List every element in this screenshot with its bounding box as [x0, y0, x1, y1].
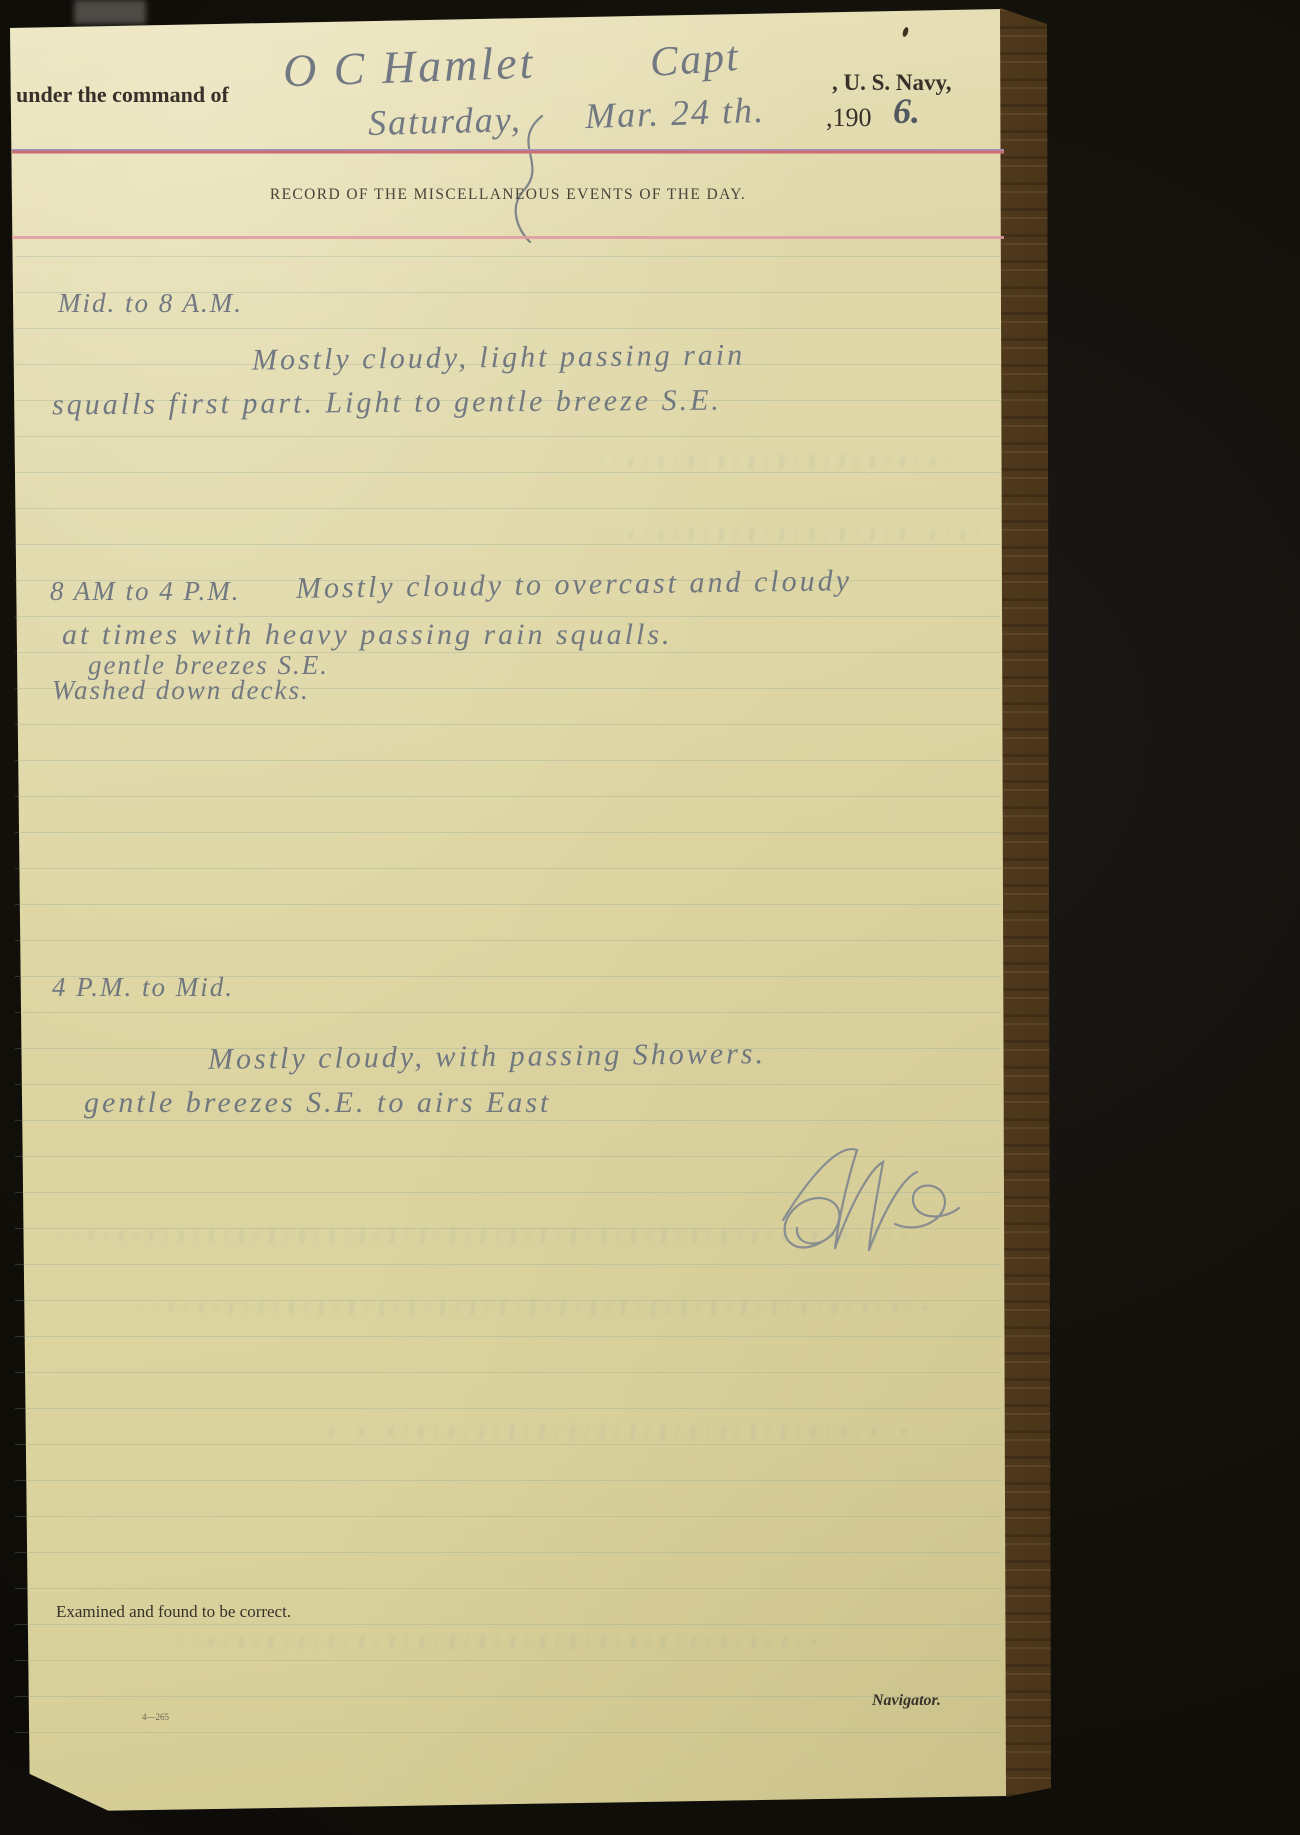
- navy-suffix-label: , U. S. Navy,: [832, 70, 952, 96]
- entry-1-line-1: Mostly cloudy, light passing rain: [252, 338, 746, 377]
- form-number: 4—265: [142, 1712, 169, 1722]
- signature-monogram: [755, 1138, 965, 1273]
- year-digit-handwritten: 6.: [893, 90, 920, 132]
- commander-rank: Capt: [648, 33, 741, 87]
- bleedthrough-smudge: [60, 1228, 910, 1244]
- entry-1-line-2: squalls first part. Light to gentle bree…: [52, 384, 722, 423]
- entry-1-heading: Mid. to 8 A.M.: [58, 288, 243, 319]
- command-label: under the command of: [16, 82, 229, 108]
- navigator-label: Navigator.: [872, 1692, 941, 1710]
- bleedthrough-smudge: [180, 1635, 830, 1649]
- bleedthrough-smudge: [600, 455, 950, 469]
- entry-3-heading: 4 P.M. to Mid.: [52, 972, 234, 1003]
- handwriting-flourish: [490, 112, 560, 247]
- entry-3-line-2: gentle breezes S.E. to airs East: [84, 1086, 551, 1120]
- section-title: RECORD OF THE MISCELLANEOUS EVENTS OF TH…: [12, 186, 1004, 204]
- header-pink-rule: [12, 236, 1004, 239]
- entry-2-line-2: at times with heavy passing rain squalls…: [62, 618, 673, 652]
- bleedthrough-smudge: [140, 1300, 940, 1316]
- year-printed-prefix: ,190: [826, 103, 872, 133]
- entry-3-line-1: Mostly cloudy, with passing Showers.: [208, 1037, 766, 1077]
- entry-2-line-4: Washed down decks.: [52, 675, 310, 706]
- ruled-lines: [15, 256, 1001, 1768]
- background-wall-patch: [74, 0, 146, 24]
- bleedthrough-smudge: [300, 1425, 920, 1439]
- logbook-scan: under the command of O C Hamlet Capt , U…: [0, 0, 1300, 1835]
- examined-note: Examined and found to be correct.: [56, 1602, 291, 1622]
- header-double-rule: [12, 149, 1004, 154]
- entry-2-heading: 8 AM to 4 P.M.: [50, 576, 241, 607]
- date-handwritten: Mar. 24 th.: [584, 89, 765, 137]
- bleedthrough-smudge: [600, 528, 990, 542]
- commander-signature: O C Hamlet: [282, 36, 536, 98]
